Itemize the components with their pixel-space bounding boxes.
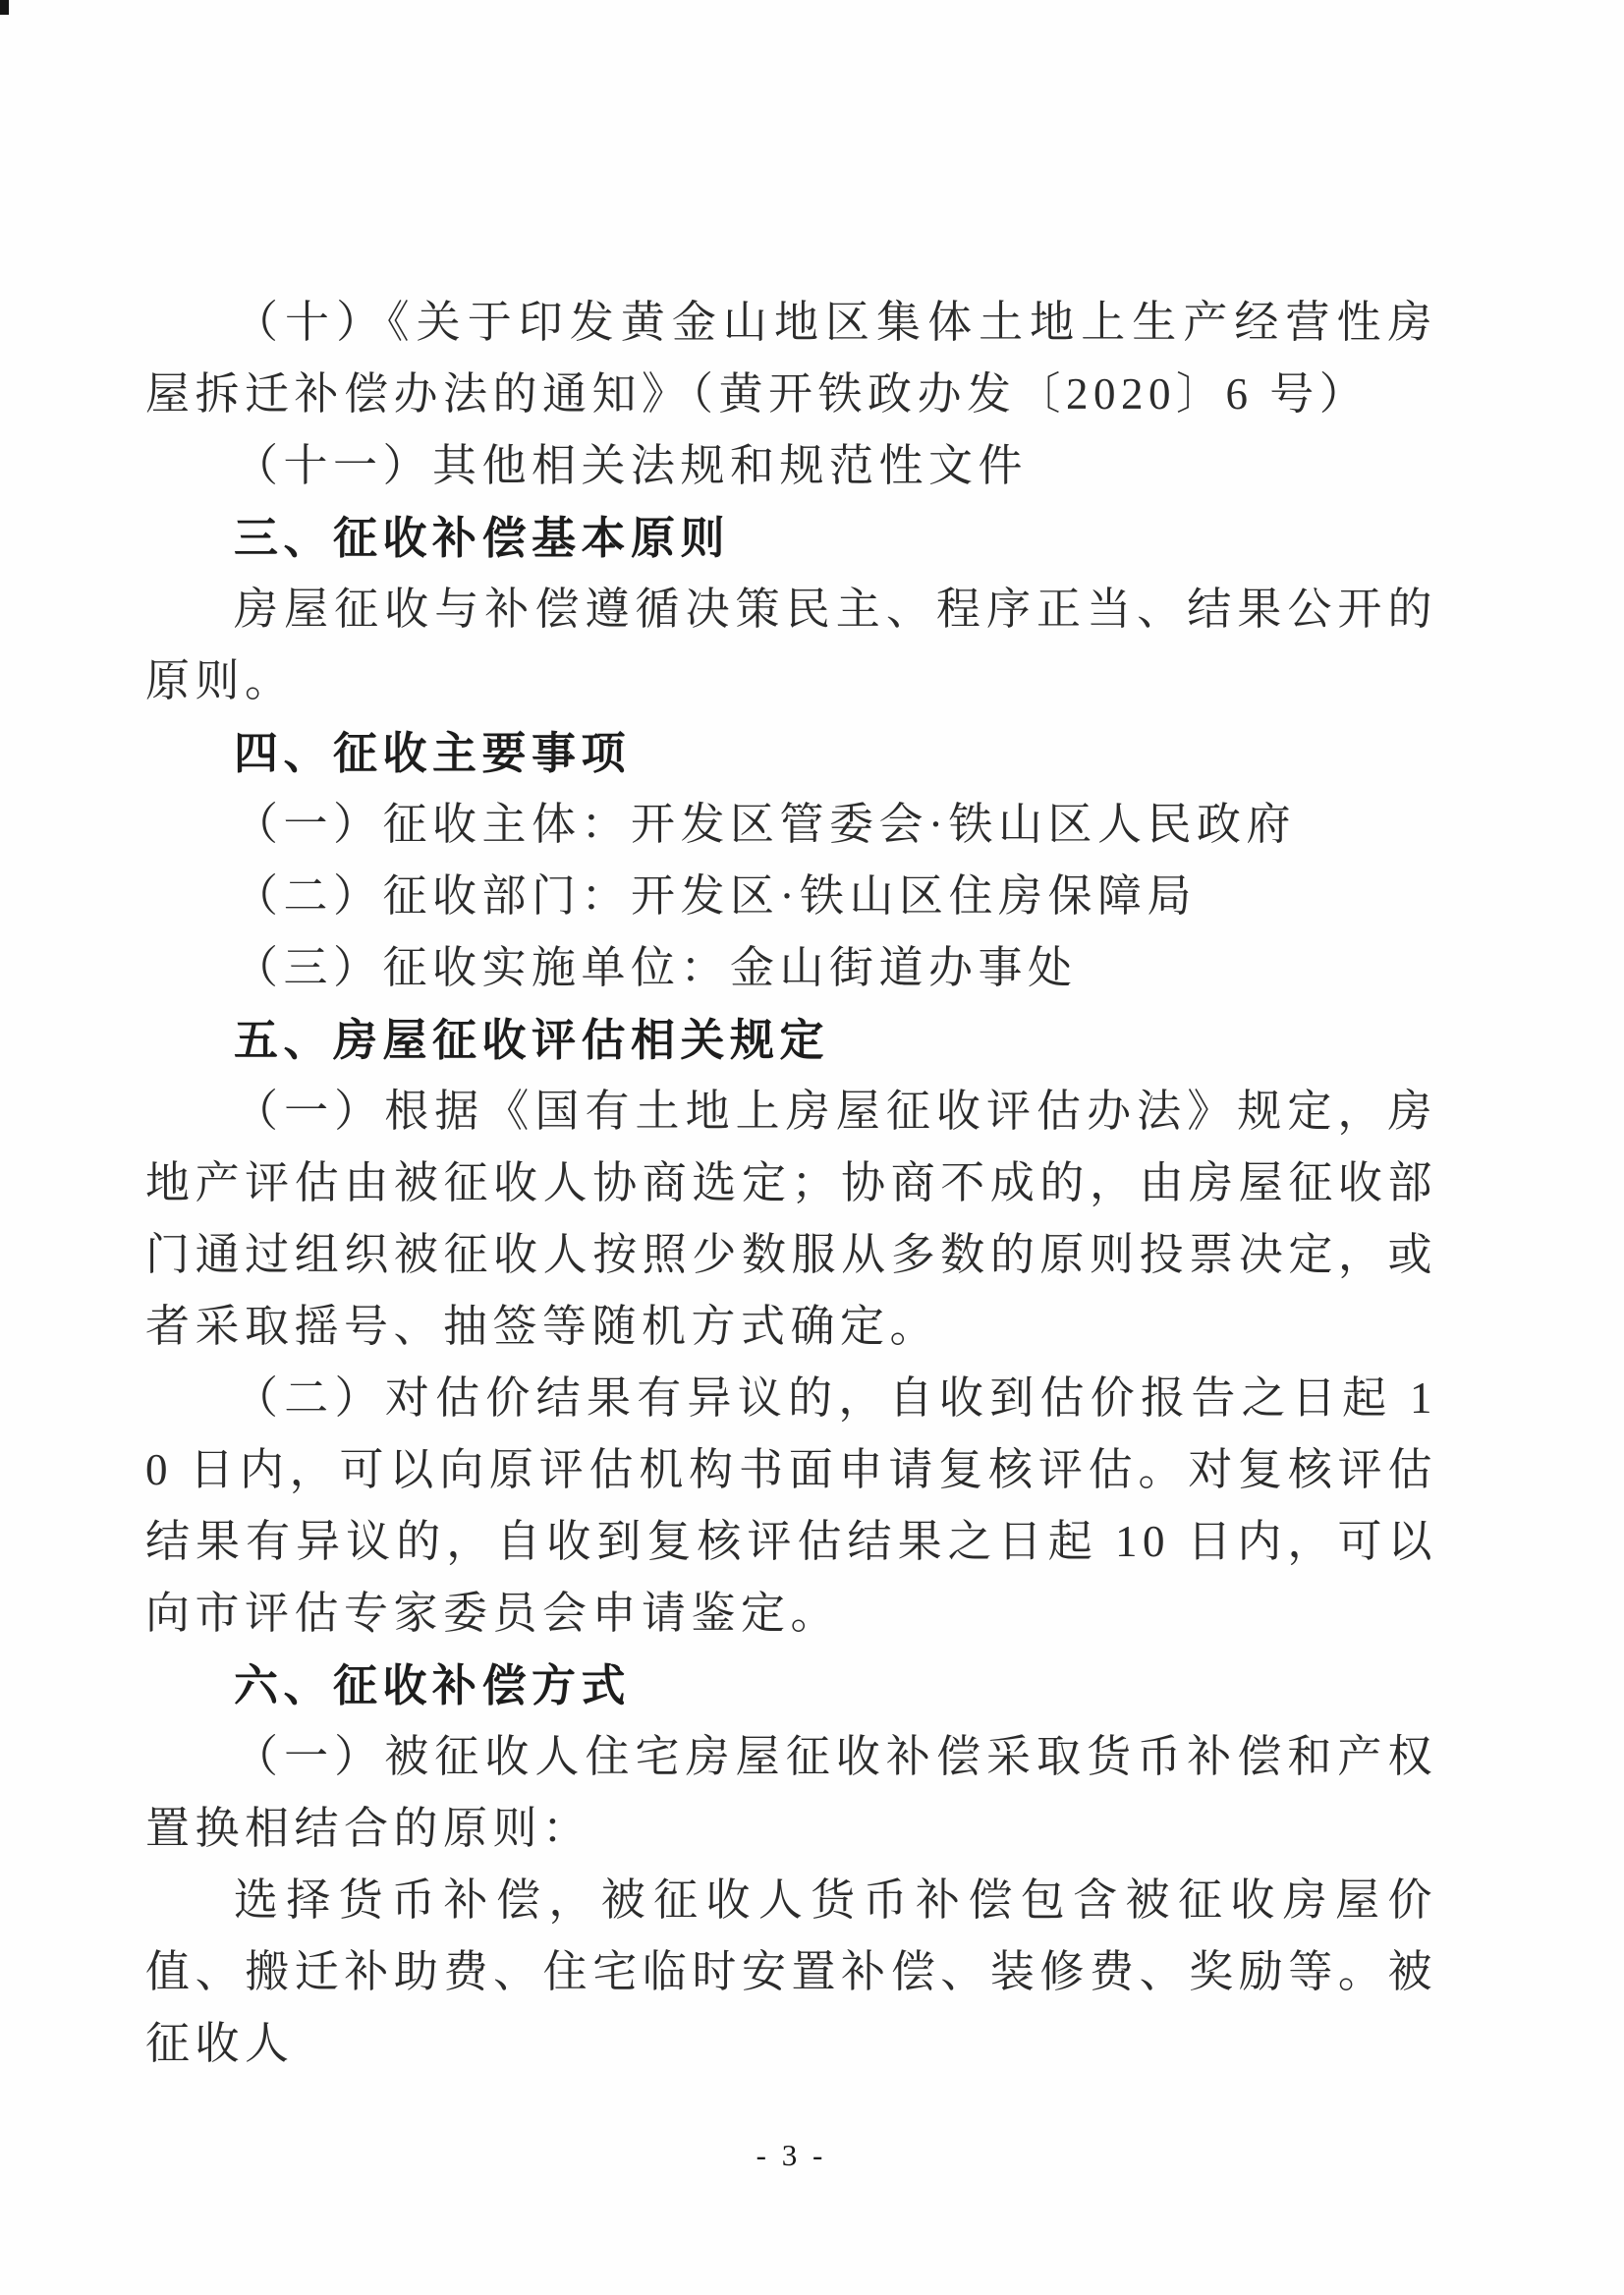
section-heading: 六、征收补偿方式: [145, 1650, 1437, 1721]
paragraph: （十一）其他相关法规和规范性文件: [145, 430, 1437, 502]
paragraph: （一）征收主体：开发区管委会·铁山区人民政府: [145, 789, 1437, 861]
paragraph: （三）征收实施单位：金山街道办事处: [145, 932, 1437, 1004]
section-heading: 四、征收主要事项: [145, 717, 1437, 789]
paragraph: （十）《关于印发黄金山地区集体土地上生产经营性房屋拆迁补偿办法的通知》（黄开铁政…: [145, 287, 1437, 430]
section-heading: 三、征收补偿基本原则: [145, 502, 1437, 574]
page-number: - 3 -: [145, 2138, 1437, 2173]
section-heading: 五、房屋征收评估相关规定: [145, 1004, 1437, 1076]
paragraph: 房屋征收与补偿遵循决策民主、程序正当、结果公开的原则。: [145, 574, 1437, 717]
paragraph: （一）根据《国有土地上房屋征收评估办法》规定，房地产评估由被征收人协商选定；协商…: [145, 1076, 1437, 1363]
scanned-document-page: （十）《关于印发黄金山地区集体土地上生产经营性房屋拆迁补偿办法的通知》（黄开铁政…: [0, 0, 1624, 2295]
paragraph: （一）被征收人住宅房屋征收补偿采取货币补偿和产权置换相结合的原则：: [145, 1721, 1437, 1865]
paragraph: （二）征收部门：开发区·铁山区住房保障局: [145, 861, 1437, 932]
paragraph: 选择货币补偿，被征收人货币补偿包含被征收房屋价值、搬迁补助费、住宅临时安置补偿、…: [145, 1865, 1437, 2080]
paragraph: （二）对估价结果有异议的，自收到估价报告之日起 10 日内，可以向原评估机构书面…: [145, 1363, 1437, 1650]
document-body: （十）《关于印发黄金山地区集体土地上生产经营性房屋拆迁补偿办法的通知》（黄开铁政…: [145, 287, 1437, 2080]
scan-artifact-mark: [0, 0, 9, 15]
